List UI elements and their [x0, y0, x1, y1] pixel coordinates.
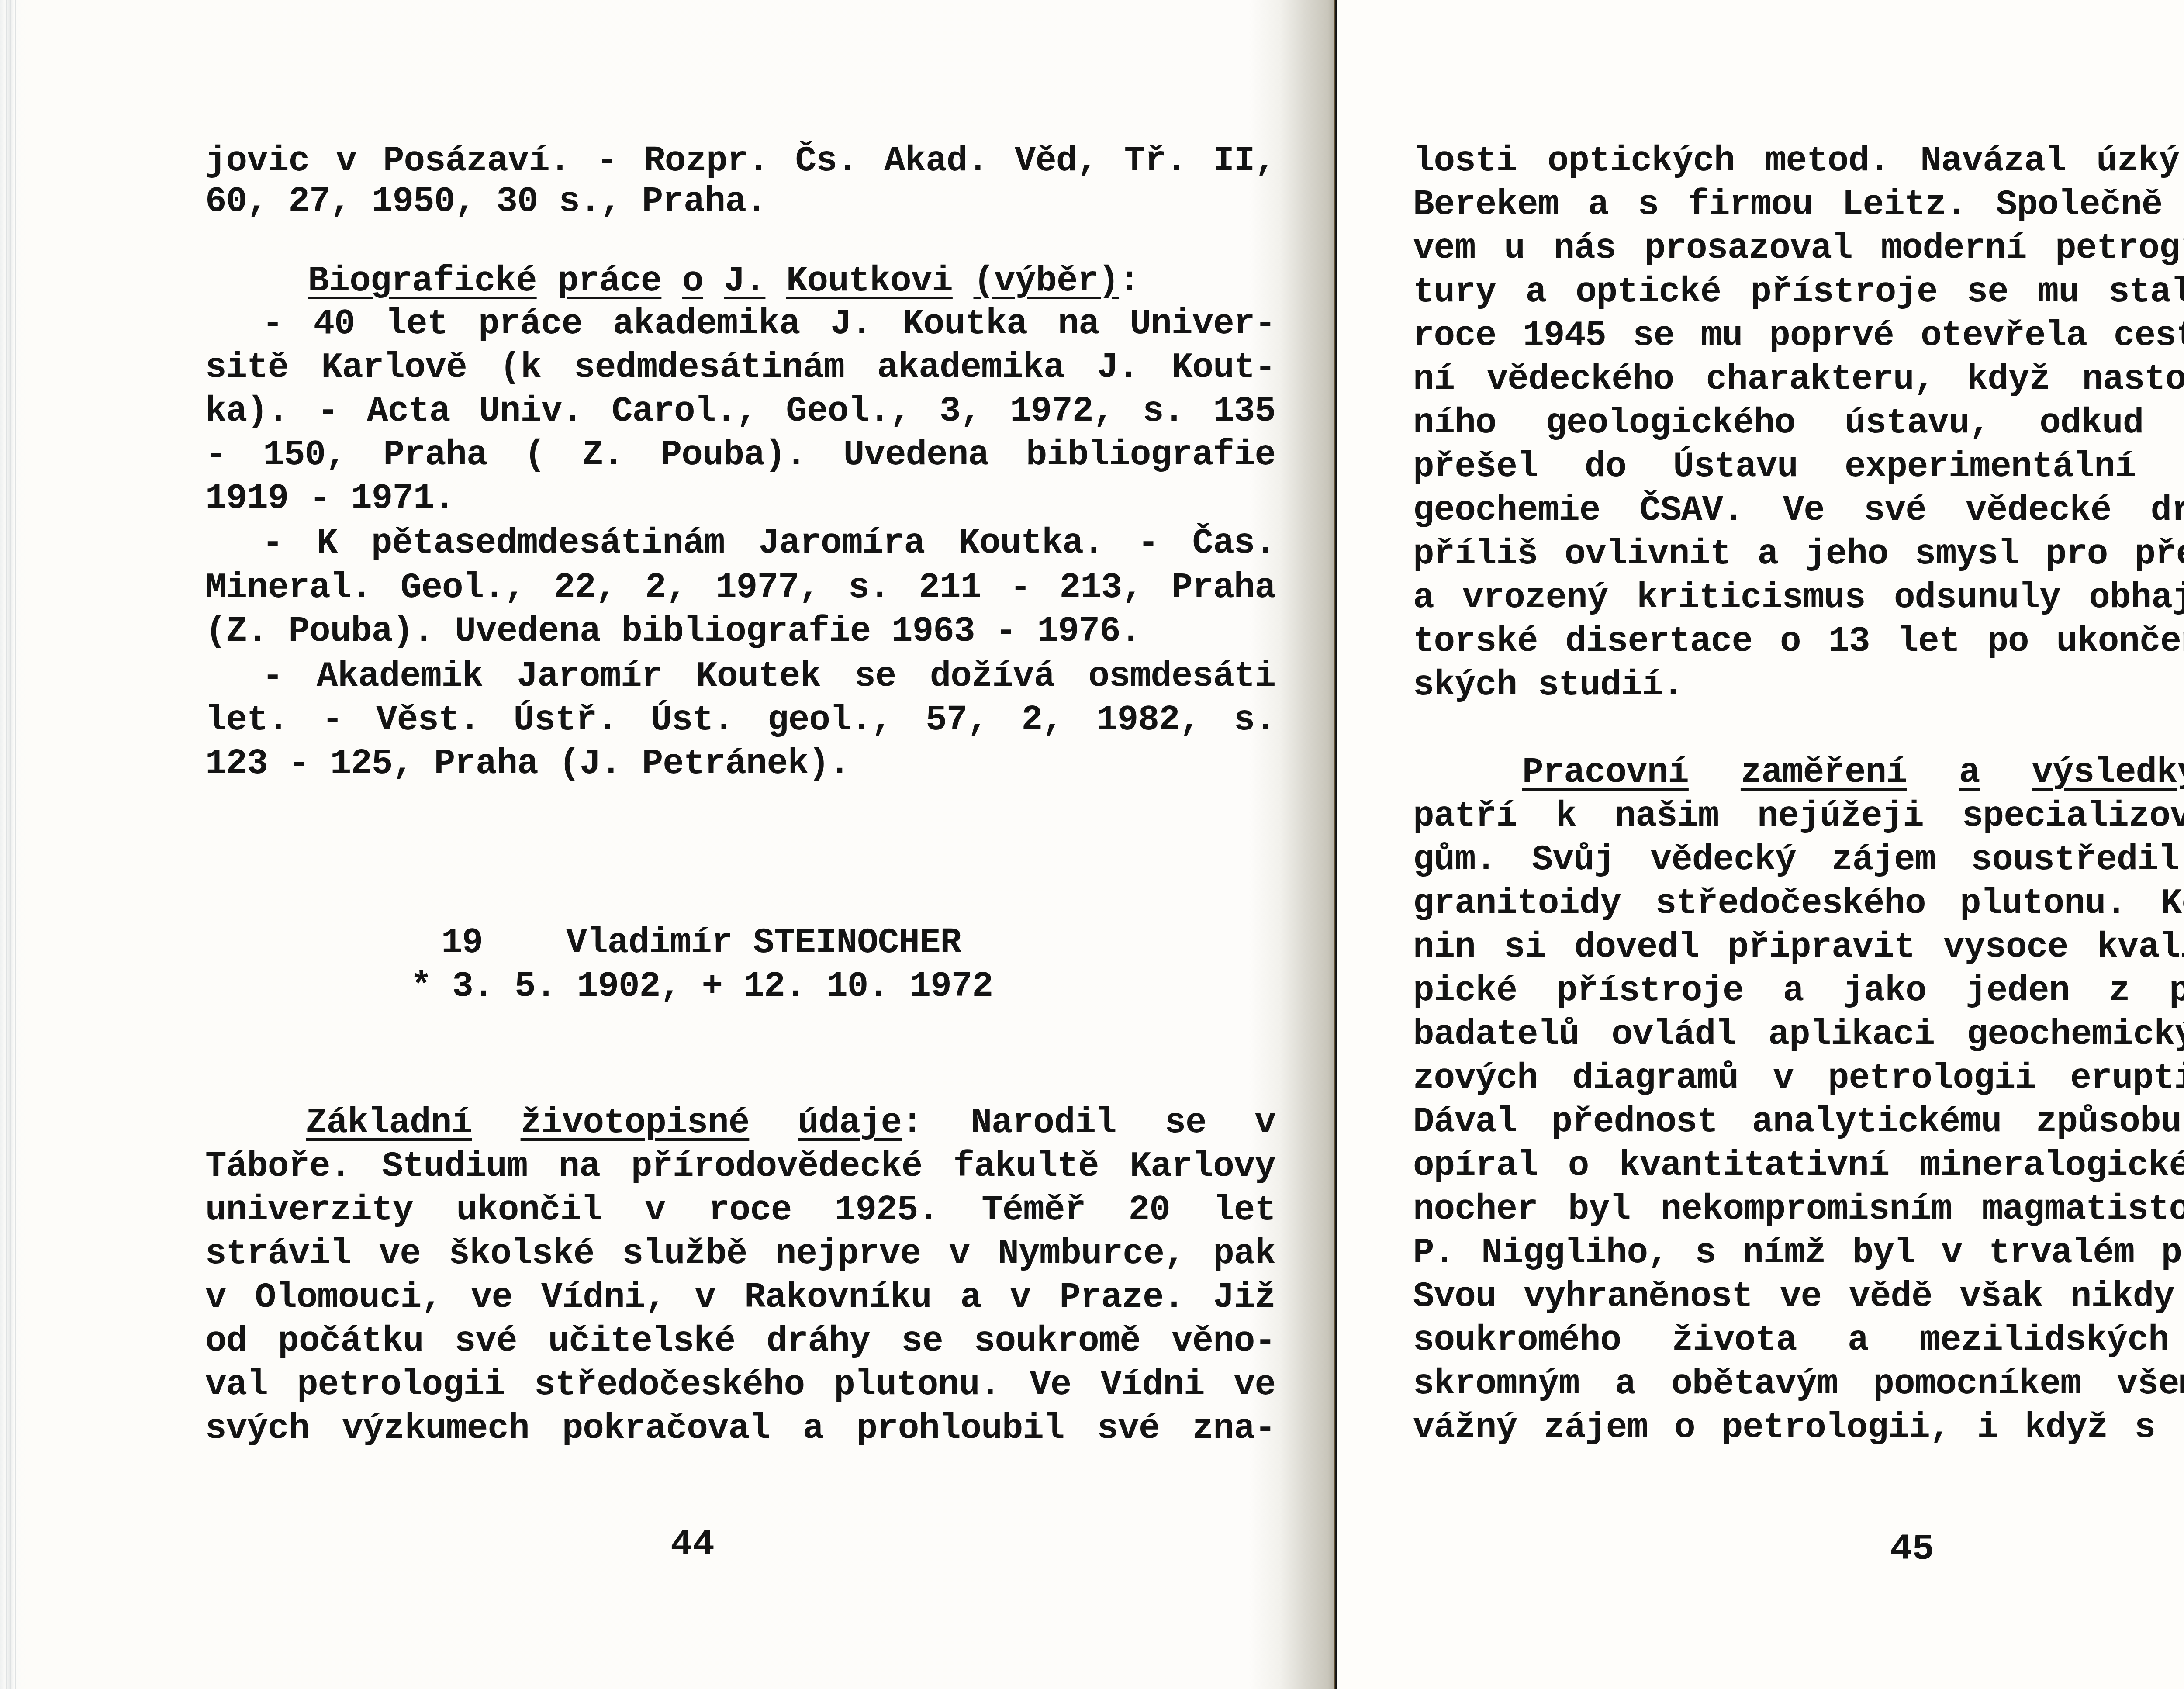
work-line: granitoidy středočeského plutonu. Ke stu… — [1413, 882, 2184, 926]
underlined-word: životopisné — [521, 1103, 750, 1143]
bibliography-line: Mineral. Geol., 22, 2, 1977, s. 211 - 21… — [205, 566, 1275, 610]
bibliography-line: 1919 - 1971. — [205, 477, 455, 521]
underlined-word: J. — [724, 262, 765, 301]
page-stack-edge — [10, 0, 11, 1689]
bio-line: val petrologii středočeského plutonu. Ve… — [205, 1364, 1275, 1407]
section-heading-work: Pracovní zaměření a výsledky: Steinocher — [1522, 751, 2184, 795]
body-line: ního geologického ústavu, odkud v roce 1… — [1413, 402, 2184, 446]
body-line: tury a optické přístroje se mu staly kon… — [1413, 271, 2184, 314]
body-line: losti optických metod. Navázal úzký kont… — [1413, 140, 2184, 183]
entry-dates: * 3. 5. 1902, + 12. 10. 1972 — [411, 965, 993, 1009]
underlined-word: práce — [557, 262, 661, 301]
section-heading-basic-bio: Základní životopisné údaje: Narodil se v — [306, 1102, 1275, 1145]
body-line: a vrozený kriticismus odsunuly obhajobu … — [1413, 577, 2184, 620]
bibliography-line: - 150, Praha ( Z. Pouba). Uvedena biblio… — [205, 434, 1275, 477]
underlined-word: o — [682, 262, 703, 301]
underlined-word: (výběr) — [973, 262, 1119, 301]
underlined-word: údaje — [798, 1103, 902, 1143]
bibliography-line: 60, 27, 1950, 30 s., Praha. — [205, 180, 767, 224]
work-line: zových diagramů v petrologii eruptivních… — [1413, 1057, 2184, 1101]
bibliography-line: 123 - 125, Praha (J. Petránek). — [205, 743, 850, 786]
underlined-word: Biografické — [308, 262, 537, 301]
work-line: badatelů ovládl aplikaci geochemických d… — [1413, 1013, 2184, 1057]
page-stack-edge — [6, 0, 7, 1689]
section-heading-biography: Biografické práce o J. Koutkovi (výběr): — [308, 260, 1140, 304]
bio-line: strávil ve školské službě nejprve v Nymb… — [205, 1233, 1275, 1276]
bibliography-line: - Akademik Jaromír Koutek se dožívá osmd… — [262, 655, 1275, 699]
page-number-left: 44 — [670, 1524, 715, 1566]
book-spread: jovic v Posázaví. - Rozpr. Čs. Akad. Věd… — [0, 0, 2184, 1689]
bibliography-line: (Z. Pouba). Uvedena bibliografie 1963 - … — [205, 610, 1141, 654]
bibliography-line: sitě Karlově (k sedmdesátinám akademika … — [205, 346, 1275, 390]
left-page: jovic v Posázaví. - Rozpr. Čs. Akad. Věd… — [0, 0, 1336, 1689]
bibliography-line: jovic v Posázaví. - Rozpr. Čs. Akad. Věd… — [205, 140, 1275, 183]
underlined-word: a — [1959, 753, 1980, 793]
work-line: opíral o kvantitativní mineralogické úda… — [1413, 1144, 2184, 1188]
bibliography-line: ka). - Acta Univ. Carol., Geol., 3, 1972… — [205, 390, 1275, 434]
work-line: pické přístroje a jako jeden z prvních n… — [1413, 970, 2184, 1013]
bibliography-line: - 40 let práce akademika J. Koutka na Un… — [262, 303, 1275, 346]
work-line: vážný zájem o petrologii, i když s jeho … — [1413, 1406, 2184, 1450]
underlined-word: Pracovní — [1522, 753, 1689, 793]
underlined-word: Koutkovi — [786, 262, 953, 301]
body-line: geochemie ČSAV. Ve své vědecké dráze se … — [1413, 489, 2184, 533]
bibliography-line: - K pětasedmdesátinám Jaromíra Koutka. -… — [262, 522, 1275, 566]
work-line: P. Niggliho, s nímž byl v trvalém písemn… — [1413, 1232, 2184, 1275]
bio-line: v Olomouci, ve Vídni, v Rakovníku a v Pr… — [205, 1276, 1275, 1320]
work-line: nocher byl nekompromisním magmatistou a … — [1413, 1188, 2184, 1232]
body-line: torské disertace o 13 let po ukončení vy… — [1413, 620, 2184, 664]
body-line: Berekem a s firmou Leitz. Společně s pro… — [1413, 183, 2184, 227]
work-line: nin si dovedl připravit vysoce kvalitní … — [1413, 926, 2184, 970]
bio-line: svých výzkumech pokračoval a prohloubil … — [205, 1407, 1275, 1451]
work-line: skromným a obětavým pomocníkem všem, kte… — [1413, 1363, 2184, 1406]
page-number-right: 45 — [1890, 1529, 1934, 1570]
body-line: přešel do Ústavu experimentální mineralo… — [1413, 446, 2184, 489]
page-stack-edge — [15, 0, 16, 1689]
work-line: soukromého života a mezilidských vztahů.… — [1413, 1319, 2184, 1363]
book-gutter — [1334, 0, 1337, 1689]
body-line: ní vědeckého charakteru, když nastoupil … — [1413, 358, 2184, 402]
body-line: ských studií. — [1413, 664, 1683, 708]
underlined-word: Základní — [306, 1103, 472, 1143]
right-page: losti optických metod. Navázal úzký kont… — [1337, 0, 2184, 1689]
bio-line: Táboře. Studium na přírodovědecké fakult… — [205, 1145, 1275, 1189]
body-line: příliš ovlivnit a jeho smysl pro přesnos… — [1413, 533, 2184, 577]
underlined-word: výsledky — [2032, 753, 2184, 793]
bio-line: od počátku své učitelské dráhy se soukro… — [205, 1320, 1275, 1364]
work-line: patří k našim nejúžeji specializovaným p… — [1413, 795, 2184, 839]
entry-title: 19 Vladimír STEINOCHER — [441, 922, 961, 965]
body-line: roce 1945 se mu poprvé otevřela cesta k … — [1413, 314, 2184, 358]
work-line: Dával přednost analytickému způsobu prác… — [1413, 1101, 2184, 1144]
work-line: Svou vyhraněnost ve vědě však nikdy nepr… — [1413, 1275, 2184, 1319]
bibliography-line: let. - Věst. Ústř. Úst. geol., 57, 2, 19… — [205, 699, 1275, 743]
body-line: vem u nás prosazoval moderní petrografic… — [1413, 227, 2184, 271]
work-line: gům. Svůj vědecký zájem soustředil přede… — [1413, 839, 2184, 882]
bio-line: univerzity ukončil v roce 1925. Téměř 20… — [205, 1189, 1275, 1233]
underlined-word: zaměření — [1741, 753, 1907, 793]
